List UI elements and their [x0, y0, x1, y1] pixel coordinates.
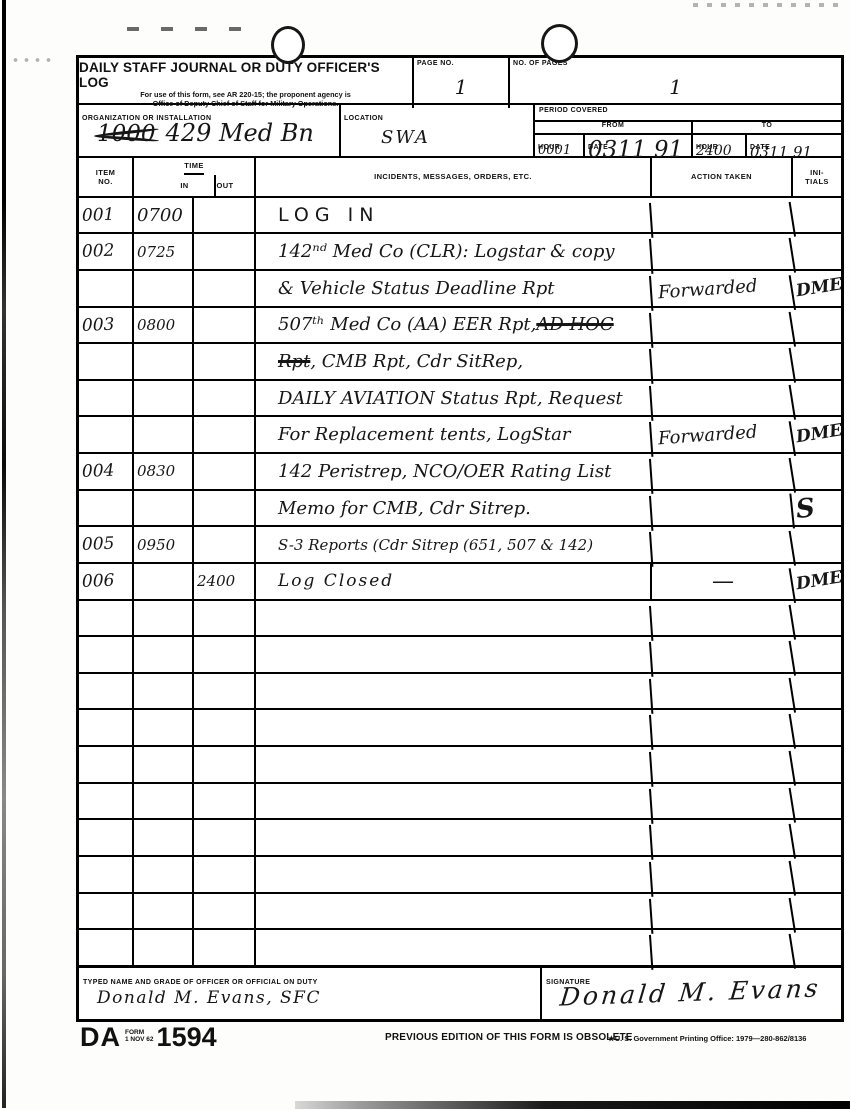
- typed-name-value: Donald M. Evans, SFC: [97, 988, 321, 1008]
- time-in-cell: 0950: [132, 527, 192, 562]
- log-table-body: 001 0700 LOG IN 002 0725 142ⁿᵈ Med Co (C…: [79, 198, 841, 965]
- signature-row: TYPED NAME AND GRADE OF OFFICER OR OFFIC…: [79, 965, 841, 1019]
- time-out-cell: [192, 491, 254, 526]
- time-header: TIME IN OUT: [132, 158, 254, 195]
- no-of-pages-field: NO. OF PAGES 1: [508, 58, 841, 108]
- table-row: [79, 708, 841, 745]
- table-row: 005 0950 S-3 Reports (Cdr Sitrep (651, 5…: [79, 525, 841, 562]
- scanned-document-page: { "form": { "title": "DAILY STAFF JOURNA…: [0, 0, 850, 1110]
- log-table-header: ITEM NO. TIME IN OUT INCIDENTS, MESSAGES…: [79, 158, 841, 197]
- form-title: DAILY STAFF JOURNAL OR DUTY OFFICER'S LO…: [79, 60, 412, 90]
- from-hour-field: HOUR 0001: [535, 135, 583, 156]
- table-row: 001 0700 LOG IN: [79, 198, 841, 233]
- table-row: Memo for CMB, Cdr Sitrep. S: [79, 489, 841, 526]
- form-date: 1 NOV 62: [125, 1037, 154, 1044]
- initials-cell: [789, 524, 844, 566]
- organization-text: 429 Med Bn: [166, 119, 314, 147]
- obsolete-note: PREVIOUS EDITION OF THIS FORM IS OBSOLET…: [385, 1032, 633, 1043]
- from-label: FROM: [535, 122, 691, 133]
- item-no-cell: [78, 819, 132, 855]
- incidents-cell: 142ⁿᵈ Med Co (CLR): Logstar & copy: [254, 234, 650, 269]
- table-row: 006 2400 Log Closed — DME: [79, 562, 841, 599]
- form-number-block: DA FORM 1 NOV 62 1594: [80, 1024, 217, 1051]
- action-taken-cell: —: [650, 564, 791, 599]
- time-in-cell: [132, 894, 192, 929]
- time-out-cell: [192, 198, 254, 233]
- initials-header-line1: INI-: [810, 168, 824, 177]
- form-title-block: DAILY STAFF JOURNAL OR DUTY OFFICER'S LO…: [79, 58, 412, 108]
- time-out-cell: [192, 234, 254, 269]
- organization-value: 1000429 Med Bn: [97, 119, 314, 147]
- table-row: [79, 782, 841, 819]
- table-row: [79, 672, 841, 709]
- initials-header: INI- TIALS: [791, 158, 841, 195]
- incidents-cell: [254, 601, 650, 636]
- time-out-cell: [192, 381, 254, 416]
- time-out-cell: [192, 894, 254, 929]
- time-header-label: TIME: [184, 158, 204, 175]
- table-row: Rpt, CMB Rpt, Cdr SitRep,: [79, 342, 841, 379]
- incident-struck-text: AD HOC: [536, 314, 613, 335]
- incidents-cell: [254, 894, 650, 929]
- gpo-note: ★U. S. Government Printing Office: 1979—…: [608, 1034, 806, 1043]
- item-no-cell: [78, 343, 132, 379]
- table-row: [79, 855, 841, 892]
- time-out-cell: [192, 820, 254, 855]
- page-no-field: PAGE NO. 1: [412, 58, 508, 108]
- table-row: 003 0800 507ᵗʰ Med Co (AA) EER Rpt, AD H…: [79, 306, 841, 343]
- incidents-cell: Rpt, CMB Rpt, Cdr SitRep,: [254, 344, 650, 379]
- time-in-cell: 0700: [132, 198, 192, 233]
- to-date-field: DATE 0311 91: [745, 135, 841, 156]
- time-in-cell: [132, 747, 192, 782]
- table-row: [79, 928, 841, 965]
- form-number: 1594: [157, 1024, 217, 1051]
- initials-cell: [789, 341, 844, 383]
- incident-text: For Replacement tents, LogStar: [278, 424, 571, 445]
- time-in-cell: [132, 271, 192, 306]
- incidents-cell: [254, 857, 650, 892]
- time-out-cell: [192, 784, 254, 819]
- time-in-cell: [132, 784, 192, 819]
- item-no-header-line1: ITEM: [96, 168, 116, 177]
- initials-cell: [789, 817, 844, 859]
- time-out-cell: [192, 601, 254, 636]
- location-label: LOCATION: [344, 115, 383, 122]
- time-in-cell: [132, 344, 192, 379]
- item-no-cell: [78, 673, 132, 709]
- initials-cell: [789, 853, 844, 895]
- item-no-cell: [78, 856, 132, 892]
- incidents-cell: S-3 Reports (Cdr Sitrep (651, 507 & 142): [254, 527, 650, 562]
- scan-dust-dots: [116, 27, 246, 31]
- hole-punch-left: [271, 26, 305, 64]
- incident-text: LOG IN: [278, 204, 379, 226]
- incident-struck-text: Rpt: [278, 351, 310, 372]
- item-no-cell: [78, 417, 132, 453]
- time-out-cell: [192, 308, 254, 343]
- table-row: 002 0725 142ⁿᵈ Med Co (CLR): Logstar & c…: [79, 232, 841, 269]
- incident-text: , CMB Rpt, Cdr SitRep,: [310, 351, 523, 372]
- initials-cell: [789, 743, 844, 785]
- time-out-cell: 2400: [192, 564, 254, 599]
- typed-name-label: TYPED NAME AND GRADE OF OFFICER OR OFFIC…: [83, 979, 318, 986]
- time-in-cell: [132, 930, 192, 965]
- item-no-header: ITEM NO.: [79, 158, 132, 195]
- time-in-cell: [132, 601, 192, 636]
- table-row: [79, 635, 841, 672]
- initials-cell: [789, 231, 844, 273]
- item-no-cell: [78, 783, 132, 819]
- time-in-cell: [132, 381, 192, 416]
- initials-header-line2: TIALS: [805, 177, 829, 186]
- from-date-field: DATE 0311 91: [583, 135, 691, 156]
- to-label: TO: [691, 122, 841, 133]
- to-hour-field: HOUR 2400: [691, 135, 745, 156]
- form-subtitle-line1: For use of this form, see AR 220-15; the…: [140, 90, 351, 99]
- time-out-header: OUT: [214, 175, 233, 195]
- table-row: DAILY AVIATION Status Rpt, Request: [79, 379, 841, 416]
- table-row: [79, 818, 841, 855]
- page-no-value: 1: [417, 67, 505, 106]
- time-in-cell: [132, 564, 192, 599]
- initials-cell: [789, 377, 844, 419]
- no-of-pages-value: 1: [513, 67, 838, 106]
- time-in-cell: [132, 417, 192, 452]
- in-out-header: IN OUT: [154, 175, 233, 195]
- item-no-cell: 003: [78, 307, 132, 343]
- item-no-cell: [78, 929, 132, 965]
- time-out-cell: [192, 930, 254, 965]
- initials-cell: [789, 450, 844, 492]
- table-row: [79, 599, 841, 636]
- incidents-cell: DAILY AVIATION Status Rpt, Request: [254, 381, 650, 416]
- initials-cell: [789, 927, 844, 969]
- form-header-row: DAILY STAFF JOURNAL OR DUTY OFFICER'S LO…: [79, 58, 841, 105]
- signature-value: Donald M. Evans: [559, 973, 823, 1011]
- time-in-cell: [132, 857, 192, 892]
- item-no-cell: [78, 746, 132, 782]
- action-taken-header: ACTION TAKEN: [650, 158, 791, 195]
- incident-text: 142 Peristrep, NCO/OER Rating List: [278, 461, 611, 482]
- incident-text: DAILY AVIATION Status Rpt, Request: [278, 388, 623, 409]
- period-covered-field: PERIOD COVERED FROM TO HOUR 0001 DATE 03…: [533, 105, 841, 156]
- item-no-cell: [78, 380, 132, 416]
- time-in-cell: [132, 491, 192, 526]
- time-out-cell: [192, 527, 254, 562]
- initials-cell: DME: [789, 267, 848, 310]
- form-footer: DA FORM 1 NOV 62 1594 PREVIOUS EDITION O…: [80, 1024, 845, 1058]
- period-covered-label: PERIOD COVERED: [535, 105, 841, 122]
- time-out-cell: [192, 417, 254, 452]
- incidents-cell: [254, 637, 650, 672]
- organization-scribble: 1000: [97, 121, 156, 147]
- incidents-cell: [254, 820, 650, 855]
- item-no-cell: [78, 270, 132, 306]
- to-date-value: 0311 91: [750, 143, 812, 161]
- org-location-period-row: ORGANIZATION OR INSTALLATION 1000429 Med…: [79, 105, 841, 158]
- time-in-cell: [132, 820, 192, 855]
- incident-text: 142ⁿᵈ Med Co (CLR): Logstar & copy: [278, 241, 615, 262]
- hour-date-cells: HOUR 0001 DATE 0311 91 HOUR 2400 DATE 03…: [535, 135, 841, 156]
- incidents-cell: & Vehicle Status Deadline Rpt: [254, 271, 650, 306]
- time-in-cell: 0800: [132, 308, 192, 343]
- initials-cell: [789, 634, 844, 676]
- time-out-cell: [192, 857, 254, 892]
- incidents-cell: [254, 674, 650, 709]
- da-form-1594: DAILY STAFF JOURNAL OR DUTY OFFICER'S LO…: [76, 55, 844, 1022]
- item-no-cell: [78, 893, 132, 929]
- item-no-cell: 004: [78, 453, 132, 489]
- incident-text: S-3 Reports (Cdr Sitrep (651, 507 & 142): [278, 536, 593, 554]
- incidents-cell: 142 Peristrep, NCO/OER Rating List: [254, 454, 650, 489]
- item-no-cell: [78, 710, 132, 746]
- incident-text: 507ᵗʰ Med Co (AA) EER Rpt,: [278, 314, 536, 335]
- location-field: LOCATION SWA: [339, 105, 533, 156]
- typed-name-field: TYPED NAME AND GRADE OF OFFICER OR OFFIC…: [79, 968, 540, 1019]
- time-out-cell: [192, 710, 254, 745]
- time-in-cell: 0725: [132, 234, 192, 269]
- initials-cell: DME: [789, 560, 848, 603]
- table-row: [79, 892, 841, 929]
- time-out-cell: [192, 344, 254, 379]
- da-text: DA: [80, 1024, 121, 1051]
- from-date-value: 0311 91: [588, 137, 683, 163]
- incident-text: Log Closed: [278, 571, 394, 591]
- location-value: SWA: [381, 127, 430, 148]
- time-in-cell: 0830: [132, 454, 192, 489]
- time-out-cell: [192, 271, 254, 306]
- incidents-cell: [254, 710, 650, 745]
- time-in-header: IN: [154, 175, 214, 195]
- table-row: [79, 745, 841, 782]
- incidents-cell: For Replacement tents, LogStar: [254, 417, 650, 452]
- item-no-cell: 005: [78, 526, 132, 562]
- hole-punch-right: [541, 24, 578, 63]
- incidents-cell: [254, 930, 650, 965]
- scan-bottom-bar: [295, 1101, 850, 1109]
- incidents-cell: [254, 784, 650, 819]
- table-row: & Vehicle Status Deadline Rpt Forwarded …: [79, 269, 841, 306]
- incidents-cell: Log Closed: [254, 564, 650, 599]
- time-out-cell: [192, 454, 254, 489]
- item-no-cell: [78, 600, 132, 636]
- organization-field: ORGANIZATION OR INSTALLATION 1000429 Med…: [79, 105, 339, 156]
- signature-field: SIGNATURE Donald M. Evans: [540, 968, 841, 1019]
- initials-cell: DME: [789, 413, 848, 456]
- incident-text: & Vehicle Status Deadline Rpt: [278, 278, 555, 299]
- from-hour-value: 0001: [538, 143, 571, 158]
- incidents-cell: 507ᵗʰ Med Co (AA) EER Rpt, AD HOC: [254, 308, 650, 343]
- time-in-cell: [132, 674, 192, 709]
- incidents-cell: Memo for CMB, Cdr Sitrep.: [254, 491, 650, 526]
- time-in-cell: [132, 637, 192, 672]
- page-no-label: PAGE NO.: [417, 60, 505, 67]
- scan-edge-line: [2, 0, 6, 1108]
- time-out-cell: [192, 637, 254, 672]
- incident-text: Memo for CMB, Cdr Sitrep.: [278, 498, 531, 519]
- form-edition-block: FORM 1 NOV 62: [125, 1030, 154, 1043]
- incidents-header: INCIDENTS, MESSAGES, ORDERS, ETC.: [254, 158, 650, 195]
- incidents-cell: LOG IN: [254, 198, 650, 233]
- item-no-cell: 002: [78, 233, 132, 269]
- scan-scuff-mark: [10, 56, 54, 68]
- item-no-cell: [78, 490, 132, 526]
- time-in-cell: [132, 710, 192, 745]
- item-no-cell: 006: [78, 563, 132, 599]
- item-no-cell: [78, 636, 132, 672]
- initials-cell: [789, 707, 844, 749]
- scan-dust-marks: [693, 3, 845, 7]
- initials-cell: S: [789, 488, 842, 528]
- incidents-cell: [254, 747, 650, 782]
- item-no-header-line2: NO.: [98, 177, 113, 186]
- from-to-header: FROM TO: [535, 122, 841, 135]
- item-no-cell: 001: [78, 197, 132, 233]
- table-row: For Replacement tents, LogStar Forwarded…: [79, 415, 841, 452]
- time-out-cell: [192, 747, 254, 782]
- time-out-cell: [192, 674, 254, 709]
- table-row: 004 0830 142 Peristrep, NCO/OER Rating L…: [79, 452, 841, 489]
- to-hour-value: 2400: [696, 143, 732, 159]
